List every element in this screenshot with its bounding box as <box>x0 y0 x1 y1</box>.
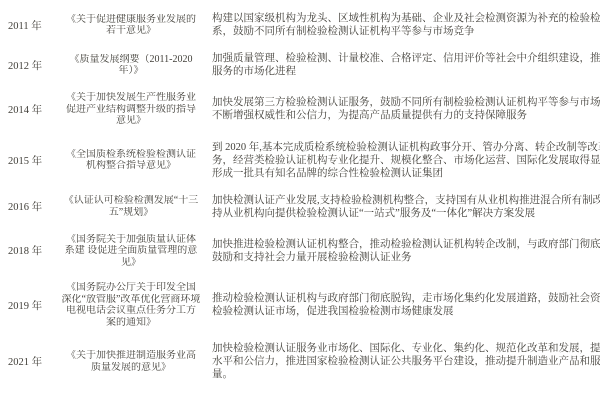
policy-title: 《质量发展纲要（2011-2020年）》 <box>56 54 206 77</box>
policy-description-line: 持从业机构向提供检验检测认证“一站式”服务及“一体化”解决方案发展 <box>212 207 600 220</box>
policy-title-line: 年）》 <box>56 65 206 77</box>
policy-description: 加快推进检验检测认证机构整合，推动检验检测认证机构转企改制，与政府部门彻底脱钩，… <box>212 238 600 264</box>
policy-title-line: 《质量发展纲要（2011-2020 <box>56 54 206 66</box>
year-label: 2015 年 <box>0 153 56 168</box>
policy-title-line: 质量发展的意见》 <box>56 362 206 374</box>
policy-description: 加快检测认证产业发展,支持检验检测机构整合，支持国有从业机构推进混合所有制改革,… <box>212 194 600 220</box>
policy-title: 《关于加快推进制造服务业高质量发展的意见》 <box>56 350 206 373</box>
policy-title-line: 《关于促进健康服务业发展的 <box>56 14 206 26</box>
policy-title-line: 案的通知》 <box>56 317 206 329</box>
table-row: 2019 年 《国务院办公厅关于印发全国深化“放管服”改革优化营商环境电视电话会… <box>0 275 600 335</box>
policy-description-line: 鼓励和支持社会力量开展检验检测认证业务 <box>212 251 600 264</box>
policy-title-line: 《全国质检系统检验检测认证 <box>56 149 206 161</box>
year-label: 2021 年 <box>0 354 56 369</box>
table-row: 2012 年 《质量发展纲要（2011-2020年）》 加强质量管理、检验检测、… <box>0 45 600 85</box>
policy-description: 加强质量管理、检验检测、计量校准、合格评定、信用评价等社会中介组织建设，推动质量… <box>212 52 600 78</box>
policy-description-line: 形成一批具有知名品牌的综合性检验检测认证集团 <box>212 167 600 180</box>
policy-title-line: 《国务院办公厅关于印发全国 <box>56 282 206 294</box>
table-row: 2011 年 《关于促进健康服务业发展的若干意见》 构建以国家级机构为龙头、区域… <box>0 5 600 45</box>
year-label: 2018 年 <box>0 243 56 258</box>
policy-description-line: 推动检验检测认证机构与政府部门彻底脱钩，走市场化集约化发展道路，鼓励社会资本进入 <box>212 292 600 305</box>
policy-title-line: 见》 <box>56 257 206 269</box>
table-row: 2016 年 《认证认可检验检测发展“十三五”规划》 加快检测认证产业发展,支持… <box>0 187 600 227</box>
policy-title-line: 若干意见》 <box>56 25 206 37</box>
policy-title-line: 意见》 <box>56 115 206 127</box>
year-label: 2014 年 <box>0 102 56 117</box>
policy-title-line: 《关于加快推进制造服务业高 <box>56 350 206 362</box>
policy-title-line: 《认证认可检验检测发展“十三 <box>56 195 206 207</box>
table-row: 2015 年 《全国质检系统检验检测认证机构整合指导意见》 到 2020 年,基… <box>0 134 600 187</box>
policy-description-line: 加强质量管理、检验检测、计量校准、合格评定、信用评价等社会中介组织建设，推动质量 <box>212 52 600 65</box>
policy-description-line: 加快推进检验检测认证机构整合，推动检验检测认证机构转企改制，与政府部门彻底脱钩， <box>212 238 600 251</box>
policy-description-line: 加快发展第三方检验检测认证服务，鼓励不同所有制检验检测认证机构平等参与市场竞争 <box>212 96 600 109</box>
policy-timeline-table: 2011 年 《关于促进健康服务业发展的若干意见》 构建以国家级机构为龙头、区域… <box>0 0 600 400</box>
policy-description-line: 到 2020 年,基本完成质检系统检验检测认证机构政事分开、管办分离、转企改制等… <box>212 141 600 154</box>
policy-description: 推动检验检测认证机构与政府部门彻底脱钩，走市场化集约化发展道路，鼓励社会资本进入… <box>212 292 600 318</box>
year-label: 2011 年 <box>0 18 56 33</box>
policy-title-line: 《国务院关于加强质量认证体 <box>56 234 206 246</box>
table-row: 2018 年 《国务院关于加强质量认证体系建 设促进全面质量管理的意见》 加快推… <box>0 227 600 276</box>
year-label: 2012 年 <box>0 58 56 73</box>
policy-title: 《国务院办公厅关于印发全国深化“放管服”改革优化营商环境电视电话会议重点任务分工… <box>56 282 206 328</box>
policy-description-line: 系，鼓励不同所有制检验检测认证机构平等参与市场竞争 <box>212 25 600 38</box>
policy-description-line: 务，经营类检验认证机构专业化提升、规模化整合、市场化运营、国际化发展取得显著成效… <box>212 154 600 167</box>
policy-description: 加快检验检测认证服务业市场化、国际化、专业化、集约化、规范化改革和发展，提高服务… <box>212 342 600 381</box>
policy-description-line: 加快检测认证产业发展,支持检验检测机构整合，支持国有从业机构推进混合所有制改革,… <box>212 194 600 207</box>
policy-description: 加快发展第三方检验检测认证服务，鼓励不同所有制检验检测认证机构平等参与市场竞争不… <box>212 96 600 122</box>
policy-description-line: 加快检验检测认证服务业市场化、国际化、专业化、集约化、规范化改革和发展，提高服务 <box>212 342 600 355</box>
policy-title-line: 促进产业结构调整升级的指导 <box>56 104 206 116</box>
policy-title: 《全国质检系统检验检测认证机构整合指导意见》 <box>56 149 206 172</box>
policy-title: 《关于加快发展生产性服务业促进产业结构调整升级的指导意见》 <box>56 92 206 127</box>
year-label: 2016 年 <box>0 199 56 214</box>
policy-description-line: 水平和公信力，推进国家检验检测认证公共服务平台建设，推动提升制造业产品和服务质 <box>212 355 600 368</box>
policy-title-line: 深化“放管服”改革优化营商环境 <box>56 294 206 306</box>
policy-title: 《国务院关于加强质量认证体系建 设促进全面质量管理的意见》 <box>56 234 206 269</box>
policy-title: 《认证认可检验检测发展“十三五”规划》 <box>56 195 206 218</box>
policy-description-line: 检验检测认证市场，促进我国检验检测市场健康发展 <box>212 305 600 318</box>
policy-title: 《关于促进健康服务业发展的若干意见》 <box>56 14 206 37</box>
policy-title-line: 电视电话会议重点任务分工方 <box>56 305 206 317</box>
policy-title-line: 系建 设促进全面质量管理的意 <box>56 245 206 257</box>
policy-description: 到 2020 年,基本完成质检系统检验检测认证机构政事分开、管办分离、转企改制等… <box>212 141 600 180</box>
policy-description-line: 构建以国家级机构为龙头、区域性机构为基础、企业及社会检测资源为补充的检验检测体 <box>212 12 600 25</box>
policy-title-line: 机构整合指导意见》 <box>56 160 206 172</box>
table-row: 2021 年 《关于加快推进制造服务业高质量发展的意见》 加快检验检测认证服务业… <box>0 335 600 388</box>
policy-description-line: 不断增强权威性和公信力，为提高产品质量提供有力的支持保障服务 <box>212 109 600 122</box>
policy-description-line: 服务的市场化进程 <box>212 65 600 78</box>
policy-title-line: 《关于加快发展生产性服务业 <box>56 92 206 104</box>
policy-description: 构建以国家级机构为龙头、区域性机构为基础、企业及社会检测资源为补充的检验检测体系… <box>212 12 600 38</box>
policy-title-line: 五”规划》 <box>56 207 206 219</box>
year-label: 2019 年 <box>0 298 56 313</box>
policy-description-line: 量。 <box>212 368 600 381</box>
table-row: 2014 年 《关于加快发展生产性服务业促进产业结构调整升级的指导意见》 加快发… <box>0 85 600 134</box>
